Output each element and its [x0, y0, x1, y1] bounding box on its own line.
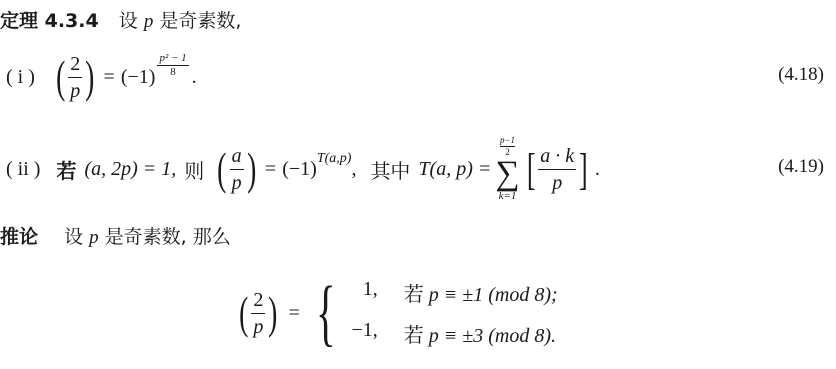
cases: 1, 若 p ≡ ±1 (mod 8); −1, 若 p ≡ ±3 (mod 8…	[351, 278, 557, 348]
legendre-top: 2	[251, 290, 265, 310]
equation-number-4-19: (4.19)	[778, 156, 824, 178]
left-brace-icon: {	[316, 276, 336, 350]
legendre-bottom: p	[253, 317, 263, 337]
corollary-intro-prefix: 设	[64, 226, 83, 248]
theorem-label: 定理 4.3.4	[0, 10, 99, 32]
floor-denominator: p	[552, 173, 562, 193]
theorem-part-i: ( i ) ( 2p ) = (−1) p² − 1 8 .	[6, 52, 197, 102]
case-value: 1,	[351, 278, 377, 307]
equals-sign: =	[265, 158, 276, 181]
period: .	[595, 158, 600, 181]
exponent-T: T(a,p)	[317, 151, 352, 167]
exponent-numerator: p² − 1	[157, 53, 188, 64]
case-if-word: 若	[404, 323, 424, 347]
case-congruence: p ≡ ±3 (mod 8).	[429, 325, 556, 347]
corollary-formula: ( 2p ) = { 1, 若 p ≡ ±1 (mod 8); −1, 若 p …	[236, 272, 558, 354]
case-if-word: 若	[404, 282, 424, 306]
condition-word: 若	[56, 155, 76, 184]
part-ii-label: ( ii )	[6, 158, 40, 181]
power-base: (−1)	[121, 66, 156, 89]
sum-upper-limit: p−1 2	[500, 136, 515, 157]
T-definition: T(a, p) =	[418, 158, 491, 181]
period: .	[192, 66, 197, 89]
legendre-top: a	[230, 146, 244, 166]
exponent-fraction: p² − 1 8	[157, 53, 188, 78]
coprime-condition: (a, 2p) = 1,	[84, 158, 176, 181]
case-value: −1,	[351, 319, 377, 348]
theorem-heading: 定理 4.3.4 设 p 是奇素数,	[0, 6, 241, 33]
corollary-intro-suffix: 是奇素数, 那么	[105, 226, 231, 248]
corollary-var: p	[89, 227, 99, 248]
case-condition: 若 p ≡ ±1 (mod 8);	[404, 278, 558, 307]
power-base: (−1)	[282, 158, 317, 181]
summation: p−1 2 ∑ k=1	[495, 136, 519, 202]
theorem-intro-prefix: 设	[119, 10, 138, 32]
legendre-symbol-2-p: ( 2p )	[236, 290, 281, 337]
where-word: 其中	[370, 155, 410, 184]
case-condition: 若 p ≡ ±3 (mod 8).	[404, 319, 558, 348]
floor-numerator: a · k	[538, 146, 576, 166]
equals-sign: =	[289, 302, 300, 325]
equation-number-4-18: (4.18)	[778, 64, 824, 86]
legendre-bottom: p	[232, 173, 242, 193]
case-congruence: p ≡ ±1 (mod 8);	[429, 284, 558, 306]
theorem-var: p	[144, 11, 154, 32]
legendre-top: 2	[68, 54, 82, 74]
then-word: 则	[184, 155, 204, 184]
legendre-symbol-2-p: ( 2p )	[53, 54, 98, 101]
sigma-icon: ∑	[495, 157, 519, 191]
corollary-heading: 推论 设 p 是奇素数, 那么	[0, 222, 231, 249]
legendre-bottom: p	[70, 81, 80, 101]
theorem-part-ii: ( ii ) 若 (a, 2p) = 1, 则 ( ap ) = (−1) T(…	[6, 128, 600, 210]
upper-num: p−1	[500, 136, 515, 145]
corollary-label: 推论	[0, 226, 38, 248]
equals-sign: =	[104, 66, 115, 89]
floor-bracket: [ a · kp ]	[524, 144, 591, 195]
legendre-symbol-a-p: ( ap )	[214, 146, 259, 193]
sum-lower-limit: k=1	[499, 191, 517, 202]
part-i-label: ( i )	[6, 66, 35, 89]
comma: ,	[351, 158, 356, 181]
exponent-denominator: 8	[170, 67, 176, 78]
theorem-intro-suffix: 是奇素数,	[159, 10, 241, 32]
